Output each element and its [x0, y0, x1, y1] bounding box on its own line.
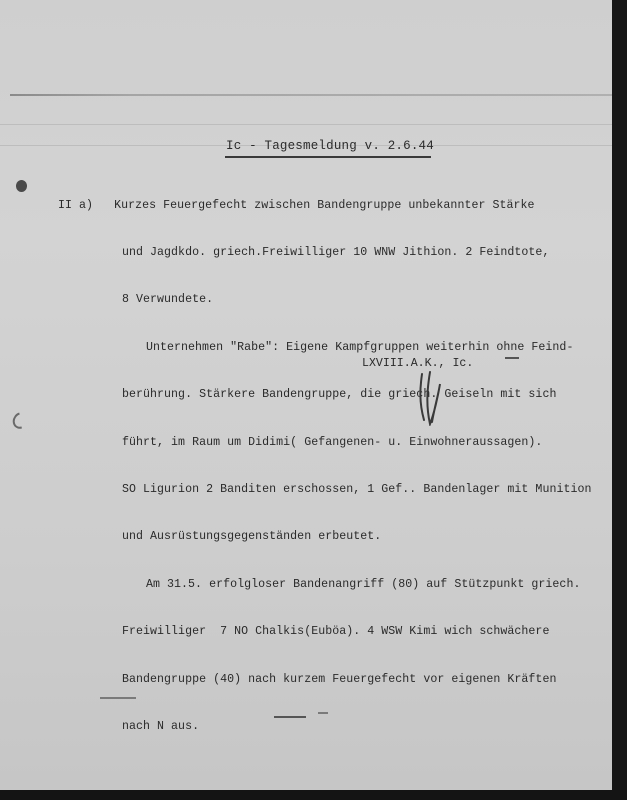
report-line: Unternehmen "Rabe": Eigene Kampfgruppen … — [58, 340, 618, 356]
report-line: berührung. Stärkere Bandengruppe, die gr… — [58, 387, 618, 403]
pen-mark — [505, 357, 519, 359]
fold-line — [10, 94, 612, 96]
faint-rule — [0, 124, 612, 125]
scan-edge-right — [612, 0, 627, 800]
smudge — [100, 697, 136, 699]
report-line: 8 Verwundete. — [58, 292, 618, 308]
report-line: Freiwilliger 7 NO Chalkis(Euböa). 4 WSW … — [58, 624, 618, 640]
section-label: II a) — [58, 199, 93, 212]
scan-edge-bottom — [0, 790, 627, 800]
punch-hole — [10, 409, 31, 431]
handwritten-signature-icon — [416, 370, 446, 426]
report-line: führt, im Raum um Didimi( Gefangenen- u.… — [58, 435, 618, 451]
smudge — [318, 712, 328, 714]
report-body: II a) Kurzes Feuergefecht zwischen Bande… — [58, 166, 618, 766]
document-title: Ic - Tagesmeldung v. 2.6.44 — [226, 139, 434, 153]
report-line: Am 31.5. erfolgloser Bandenangriff (80) … — [58, 577, 618, 593]
document-page: Ic - Tagesmeldung v. 2.6.44 II a) Kurzes… — [0, 0, 612, 790]
report-line: Bandengruppe (40) nach kurzem Feuergefec… — [58, 672, 618, 688]
punch-hole — [16, 180, 27, 192]
report-line: und Jagdkdo. griech.Freiwilliger 10 WNW … — [58, 245, 618, 261]
signature-block: LXVIII.A.K., Ic. — [362, 357, 473, 370]
report-line: nach N aus. — [58, 719, 618, 735]
report-line: SO Ligurion 2 Banditen erschossen, 1 Gef… — [58, 482, 618, 498]
smudge — [274, 716, 306, 718]
report-line: und Ausrüstungsgegenständen erbeutet. — [58, 529, 618, 545]
report-line: II a) Kurzes Feuergefecht zwischen Bande… — [58, 198, 618, 214]
title-underline — [225, 156, 431, 158]
